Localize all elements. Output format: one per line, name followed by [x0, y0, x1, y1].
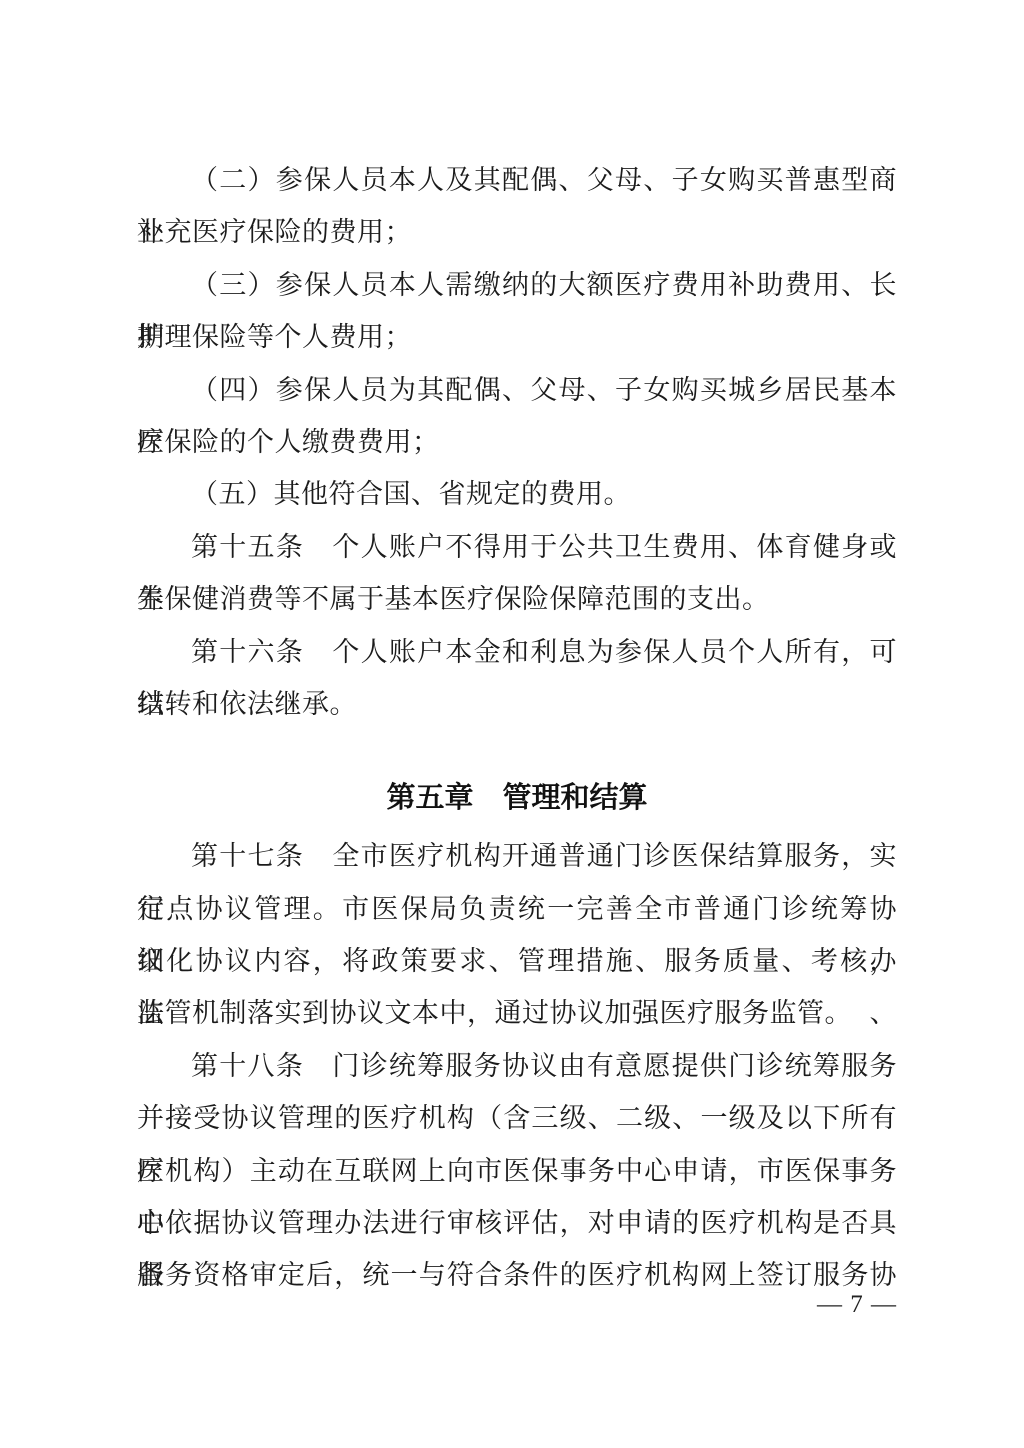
- paragraph-line: 护理保险等个人费用；: [137, 311, 897, 363]
- paragraph-line: 结转和依法继承。: [137, 678, 897, 730]
- paragraph-line: 定点协议管理。市医保局负责统一完善全市普通门诊统筹协议，: [137, 883, 897, 935]
- document-body: （二）参保人员本人及其配偶、父母、子女购买普惠型商业 补充医疗保险的费用； （三…: [137, 154, 897, 1302]
- paragraph-line: 并接受协议管理的医疗机构（含三级、二级、一级及以下所有医: [137, 1092, 897, 1144]
- paragraph-line: 第十六条 个人账户本金和利息为参保人员个人所有，可以: [137, 626, 897, 678]
- clause-item-3: （三）参保人员本人需缴纳的大额医疗费用补助费用、长期 护理保险等个人费用；: [137, 259, 897, 364]
- paragraph-line: 补充医疗保险的费用；: [137, 206, 897, 258]
- article-15: 第十五条 个人账户不得用于公共卫生费用、体育健身或养 生保健消费等不属于基本医疗…: [137, 521, 897, 626]
- paragraph-line: 疗保险的个人缴费费用；: [137, 416, 897, 468]
- paragraph-line: 疗机构）主动在互联网上向市医保事务中心申请，市医保事务中: [137, 1145, 897, 1197]
- page-number: — 7 —: [817, 1290, 897, 1320]
- paragraph-line: 第十七条 全市医疗机构开通普通门诊医保结算服务，实行: [137, 830, 897, 882]
- paragraph-line: 心依据协议管理办法进行审核评估，对申请的医疗机构是否具备: [137, 1197, 897, 1249]
- paragraph-line: 第十八条 门诊统筹服务协议由有意愿提供门诊统筹服务: [137, 1040, 897, 1092]
- paragraph-line: 第十五条 个人账户不得用于公共卫生费用、体育健身或养: [137, 521, 897, 573]
- paragraph-line: 细化协议内容，将政策要求、管理措施、服务质量、考核办法、: [137, 935, 897, 987]
- paragraph-line: （三）参保人员本人需缴纳的大额医疗费用补助费用、长期: [137, 259, 897, 311]
- document-page: （二）参保人员本人及其配偶、父母、子女购买普惠型商业 补充医疗保险的费用； （三…: [0, 0, 1024, 1448]
- article-16: 第十六条 个人账户本金和利息为参保人员个人所有，可以 结转和依法继承。: [137, 626, 897, 731]
- paragraph-line: 服务资格审定后，统一与符合条件的医疗机构网上签订服务协: [137, 1249, 897, 1301]
- clause-item-5: （五）其他符合国、省规定的费用。: [137, 468, 897, 520]
- paragraph-line: （五）其他符合国、省规定的费用。: [137, 468, 897, 520]
- article-18: 第十八条 门诊统筹服务协议由有意愿提供门诊统筹服务 并接受协议管理的医疗机构（含…: [137, 1040, 897, 1302]
- clause-item-2: （二）参保人员本人及其配偶、父母、子女购买普惠型商业 补充医疗保险的费用；: [137, 154, 897, 259]
- chapter-heading: 第五章 管理和结算: [137, 772, 897, 824]
- clause-item-4: （四）参保人员为其配偶、父母、子女购买城乡居民基本医 疗保险的个人缴费费用；: [137, 364, 897, 469]
- paragraph-line: （四）参保人员为其配偶、父母、子女购买城乡居民基本医: [137, 364, 897, 416]
- paragraph-line: 生保健消费等不属于基本医疗保险保障范围的支出。: [137, 573, 897, 625]
- article-17: 第十七条 全市医疗机构开通普通门诊医保结算服务，实行 定点协议管理。市医保局负责…: [137, 830, 897, 1040]
- paragraph-line: 监管机制落实到协议文本中，通过协议加强医疗服务监管。: [137, 987, 897, 1039]
- paragraph-line: （二）参保人员本人及其配偶、父母、子女购买普惠型商业: [137, 154, 897, 206]
